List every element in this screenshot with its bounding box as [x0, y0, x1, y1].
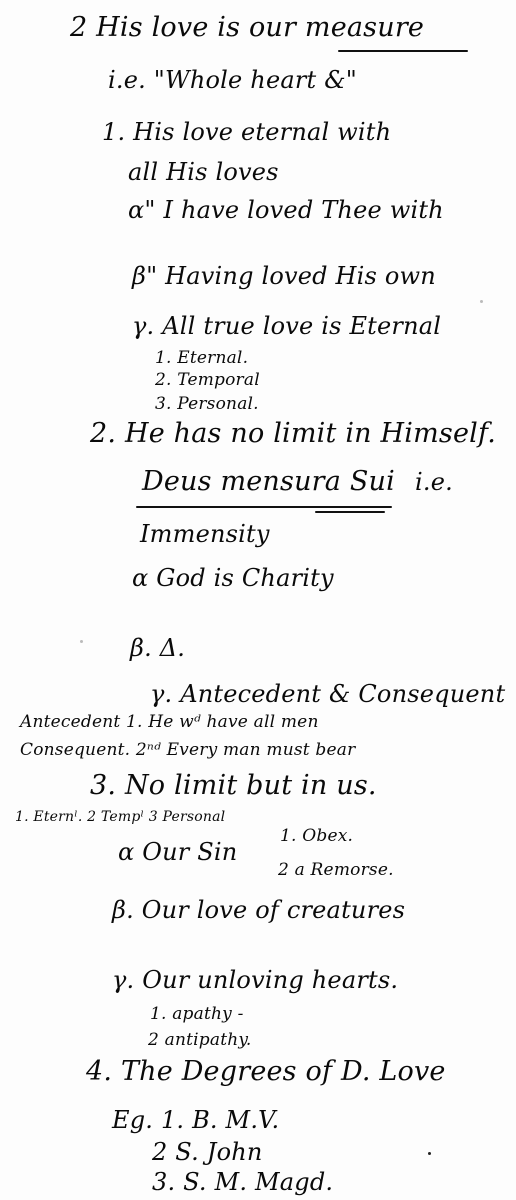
- line-antecedent: Antecedent 1. He wᵈ have all men: [20, 714, 319, 731]
- heading-his-love-is-our-measure: 2 His love is our measure: [70, 14, 424, 41]
- paper-speck: [480, 300, 483, 303]
- sub-gamma-3: γ. Our unloving hearts.: [112, 968, 398, 992]
- example-3: 3. S. M. Magd.: [152, 1170, 333, 1194]
- point-2-no-limit: 2. He has no limit in Himself.: [90, 420, 496, 447]
- paper-speck: [80, 640, 83, 643]
- sub-beta-2: β. Δ.: [130, 636, 185, 660]
- sub-item-apathy: 1. apathy -: [150, 1006, 244, 1023]
- margin-note: 1. Eternˡ. 2 Tempˡ 3 Personal: [15, 810, 225, 824]
- sub-alpha-1: α" I have loved Thee with: [128, 198, 444, 222]
- deus-mensura-sui: Deus mensura Sui: [142, 468, 395, 495]
- sub-beta-1: β" Having loved His own: [132, 264, 436, 288]
- sub-alpha-3-our-sin: α Our Sin: [118, 840, 237, 864]
- manuscript-page: 2 His love is our measure i.e. "Whole he…: [0, 0, 516, 1200]
- line-consequent: Consequent. 2ⁿᵈ Every man must bear: [20, 742, 355, 759]
- sub-item-temporal: 2. Temporal: [155, 372, 260, 389]
- deus-suffix-ie: i.e.: [415, 470, 453, 494]
- underline-deus-2: [315, 511, 385, 513]
- underline-deus-1: [136, 506, 392, 508]
- sub-gamma-1: γ. All true love is Eternal: [132, 314, 441, 338]
- underline-measure: [338, 50, 468, 52]
- sub-item-antipathy: 2 antipathy.: [148, 1032, 252, 1049]
- ink-dot: [428, 1152, 431, 1155]
- sub-item-remorse: 2 a Remorse.: [278, 862, 394, 879]
- point-3-no-limit-but-in-us: 3. No limit but in us.: [90, 772, 377, 799]
- example-2: 2 S. John: [152, 1140, 263, 1164]
- point-4-degrees: 4. The Degrees of D. Love: [86, 1058, 446, 1085]
- example-1: Eg. 1. B. M.V.: [112, 1108, 279, 1132]
- point-1-line-a: 1. His love eternal with: [102, 120, 391, 144]
- sub-beta-3: β. Our love of creatures: [112, 898, 405, 922]
- sub-item-obex: 1. Obex.: [280, 828, 353, 845]
- sub-item-eternal: 1. Eternal.: [155, 350, 248, 367]
- point-1-line-b: all His loves: [128, 160, 279, 184]
- sub-gamma-2: γ. Antecedent & Consequent: [150, 682, 505, 706]
- sub-alpha-2: α God is Charity: [132, 566, 334, 590]
- line-whole-heart: i.e. "Whole heart &": [108, 68, 357, 92]
- sub-item-personal: 3. Personal.: [155, 396, 259, 413]
- line-immensity: Immensity: [140, 522, 270, 546]
